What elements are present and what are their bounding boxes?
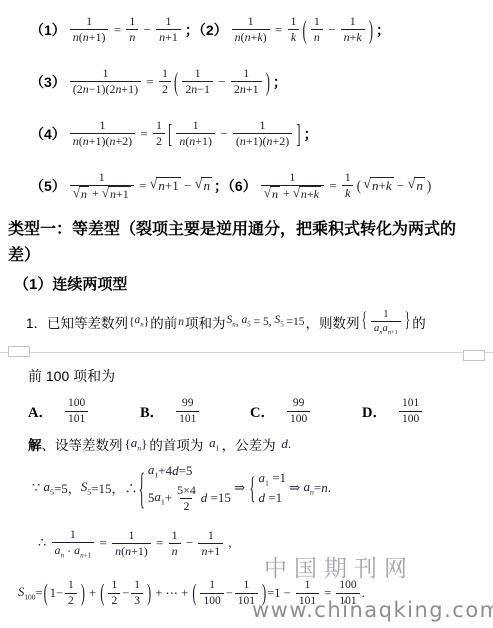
page-break-line <box>0 352 493 353</box>
section-heading: 类型一：等差型（裂项主要是逆用通分，把乘积式转化为两式的 差） <box>8 217 493 269</box>
options-row: A．100101 B．99101 C．99100 D．101100 <box>0 394 493 428</box>
formula-row-2: （3）1(2n−1)(2n+1) = 12(12n−1 − 12n+1)； <box>0 58 493 105</box>
solution-step-1: ∵ a5=5，S5=15，∴{a1+4d=55a1+5×42d =15 ⇒ {a… <box>0 458 493 518</box>
section-heading-line2: 差） <box>8 243 493 269</box>
page-margin-mark-right <box>463 350 485 361</box>
option-a: A．100101 <box>28 396 140 426</box>
page-margin-mark-left <box>8 346 30 357</box>
page-break-divider <box>0 346 493 358</box>
option-c: C．99100 <box>250 396 362 426</box>
solution-intro: 解、设等差数列{an}的首项为 a1，公差为 d. <box>0 432 493 456</box>
option-b: B．99101 <box>140 396 250 426</box>
formula-row-3: （4）1n(n+1)(n+2) = 12[1n(n+1) − 1(n+1)(n+… <box>0 110 493 157</box>
watermark-brand: 中国期刊网 <box>264 550 414 583</box>
formula-row-1: （1）1n(n+1) = 1n − 1n+1；（2）1n(n+k) = 1k(1… <box>0 6 493 53</box>
section-heading-line1: 类型一：等差型（裂项主要是逆用通分，把乘积式转化为两式的 <box>8 217 493 243</box>
formula-row-4: （5）1√n + √n+1 = √n+1 − √n；（6）1√n + √n+k … <box>0 162 493 209</box>
sum-label: 前 100 项和为 <box>0 366 493 386</box>
option-d: D．101100 <box>362 396 426 426</box>
subsection-heading: （1）连续两项型 <box>14 273 493 294</box>
watermark-url: www.chinaqking.com <box>252 598 493 622</box>
document-page: （1）1n(n+1) = 1n − 1n+1；（2）1n(n+k) = 1k(1… <box>0 0 493 628</box>
solution-step-2: ∴ 1an · an+1 = 1n(n+1) = 1n − 1n+1 , <box>0 520 493 566</box>
problem-statement: 1．已知等差数列{an}的前n项和为Sn, a5 = 5, S5 =15，则数列… <box>0 300 493 344</box>
